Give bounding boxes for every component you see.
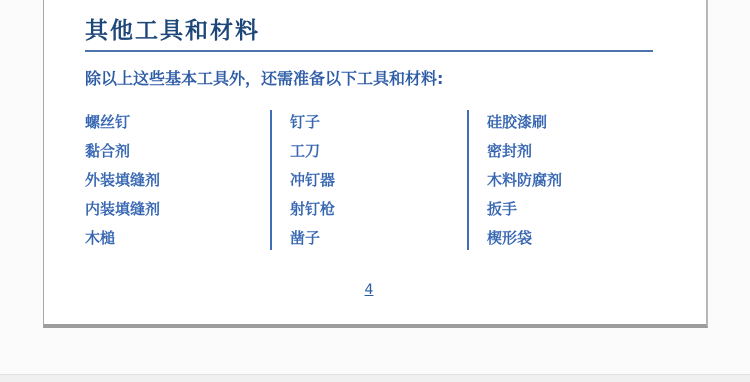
list-item: 射钉枪 xyxy=(290,195,467,224)
list-item: 木槌 xyxy=(85,224,270,253)
page-content: 其他工具和材料 除以上这些基本工具外，还需准备以下工具和材料: 螺丝钉 黏合剂 … xyxy=(44,0,706,299)
page-title: 其他工具和材料 xyxy=(85,16,706,46)
page-number: 4 xyxy=(85,281,653,299)
list-item: 楔形袋 xyxy=(487,224,653,253)
title-rule xyxy=(85,50,653,52)
list-item: 密封剂 xyxy=(487,137,653,166)
list-item: 工刀 xyxy=(290,137,467,166)
list-item: 钉子 xyxy=(290,108,467,137)
list-item: 黏合剂 xyxy=(85,137,270,166)
list-item: 凿子 xyxy=(290,224,467,253)
list-item: 木料防腐剂 xyxy=(487,166,653,195)
tools-list: 螺丝钉 黏合剂 外装填缝剂 内装填缝剂 木槌 钉子 工刀 冲钉器 射钉枪 凿子 … xyxy=(85,108,653,253)
intro-text: 除以上这些基本工具外，还需准备以下工具和材料: xyxy=(85,68,706,90)
tools-column-2: 钉子 工刀 冲钉器 射钉枪 凿子 xyxy=(272,108,467,253)
list-item: 冲钉器 xyxy=(290,166,467,195)
tools-column-3: 硅胶漆刷 密封剂 木料防腐剂 扳手 楔形袋 xyxy=(469,108,653,253)
list-item: 扳手 xyxy=(487,195,653,224)
tools-column-1: 螺丝钉 黏合剂 外装填缝剂 内装填缝剂 木槌 xyxy=(85,108,270,253)
bottom-strip xyxy=(0,374,750,382)
list-item: 硅胶漆刷 xyxy=(487,108,653,137)
screen: 其他工具和材料 除以上这些基本工具外，还需准备以下工具和材料: 螺丝钉 黏合剂 … xyxy=(0,0,750,382)
list-item: 内装填缝剂 xyxy=(85,195,270,224)
list-item: 螺丝钉 xyxy=(85,108,270,137)
list-item: 外装填缝剂 xyxy=(85,166,270,195)
document-page: 其他工具和材料 除以上这些基本工具外，还需准备以下工具和材料: 螺丝钉 黏合剂 … xyxy=(43,0,708,328)
